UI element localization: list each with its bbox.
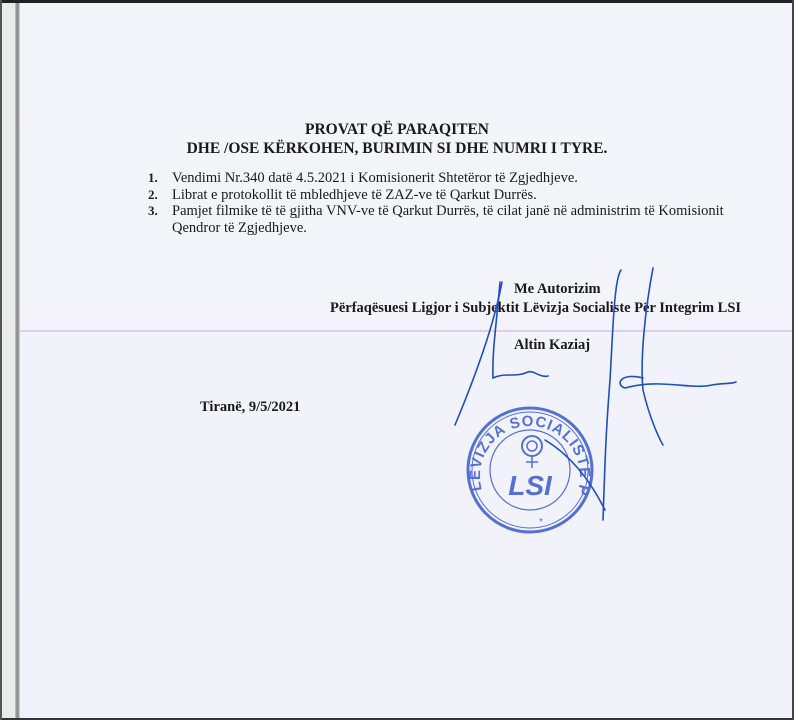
list-item: 3. Pamjet filmike të të gjitha VNV-ve të… [148, 203, 768, 236]
signatory-name: Altin Kaziaj [514, 337, 590, 354]
list-item: 2. Librat e protokollit të mbledhjeve të… [148, 187, 768, 204]
list-text-continuation: Qendror të Zgjedhjeve. [172, 220, 768, 237]
list-number: 3. [148, 203, 158, 220]
document-page [20, 3, 792, 718]
list-text: Vendimi Nr.340 datë 4.5.2021 i Komisione… [172, 170, 578, 186]
representative-title: Përfaqësuesi Ligjor i Subjektit Lëvizja … [330, 300, 741, 317]
frame-border-top [0, 0, 794, 3]
scan-rule-line [20, 330, 792, 332]
frame-border-left [0, 0, 2, 720]
list-item: 1. Vendimi Nr.340 datë 4.5.2021 i Komisi… [148, 170, 768, 187]
document-title-line2: DHE /OSE KËRKOHEN, BURIMIN SI DHE NUMRI … [0, 140, 794, 158]
authorization-label: Me Autorizim [514, 281, 601, 298]
scan-edge-strip [2, 3, 15, 718]
evidence-list: 1. Vendimi Nr.340 datë 4.5.2021 i Komisi… [148, 170, 768, 236]
document-title-line1: PROVAT QË PARAQITEN [0, 121, 794, 139]
list-number: 1. [148, 170, 158, 187]
place-date: Tiranë, 9/5/2021 [200, 399, 300, 416]
list-number: 2. [148, 187, 158, 204]
list-text: Librat e protokollit të mbledhjeve të ZA… [172, 187, 537, 203]
list-text: Pamjet filmike të të gjitha VNV-ve të Qa… [172, 203, 724, 219]
